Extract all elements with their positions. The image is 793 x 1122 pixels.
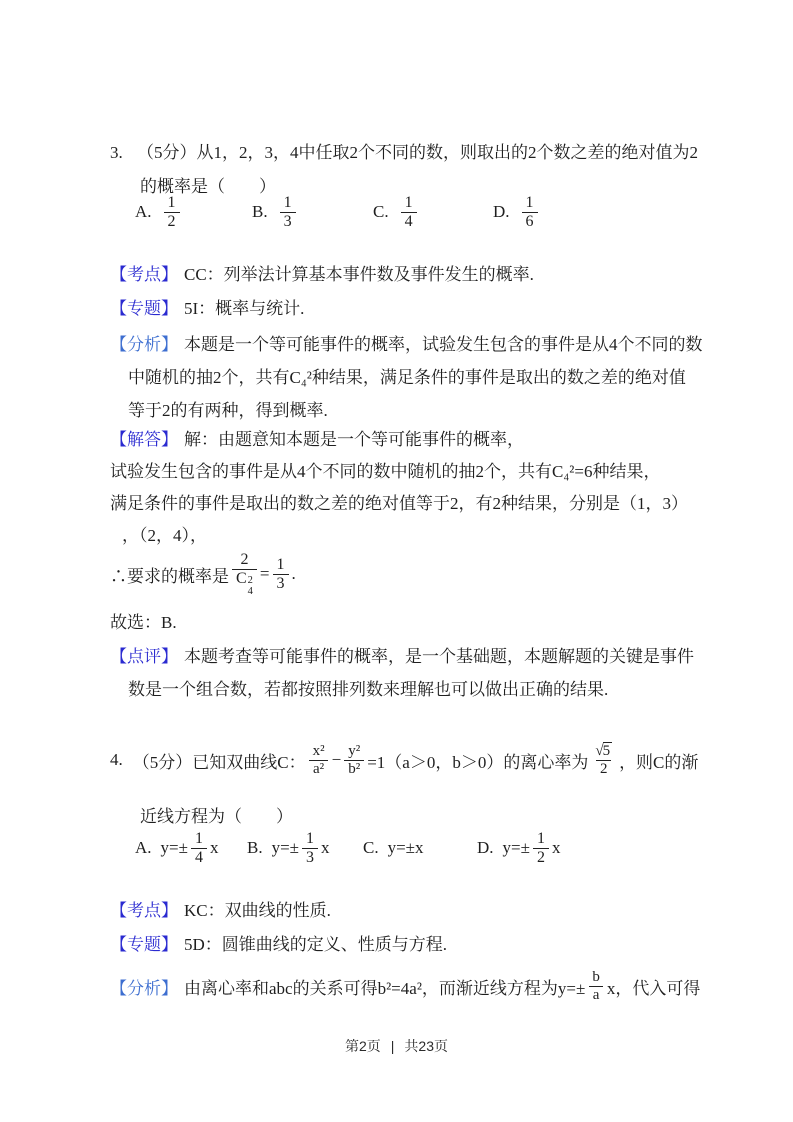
- jieda-line: 满足条件的事件是取出的数之差的绝对值等于2，有2种结果，分别是（1，3）: [110, 488, 688, 520]
- fraction-numerator: x²: [309, 743, 329, 760]
- fraction-denominator: 3: [273, 574, 289, 593]
- fraction-numerator: 1: [522, 194, 538, 212]
- question-number: 4.: [110, 750, 123, 770]
- fraction: 1 2: [533, 830, 549, 867]
- option-post: x: [552, 838, 561, 858]
- kaodian-tag: 【考点】: [110, 265, 178, 284]
- fraction-denominator: 4: [401, 212, 417, 231]
- formula-prefix: ∴要求的概率是: [110, 562, 229, 587]
- option-pre: y=±: [161, 838, 188, 858]
- fenxi-line: 等于2的有两种，得到概率.: [110, 394, 703, 427]
- fraction: 1 3: [273, 556, 289, 593]
- q4-option-a: A. y=± 1 4 x: [135, 830, 247, 867]
- fraction: b a: [588, 969, 604, 1004]
- fraction-denominator: 2: [596, 760, 612, 778]
- q4-option-d: D. y=± 1 2 x: [477, 830, 560, 867]
- q3-zhuanti-section: 【专题】5I：概率与统计.: [110, 294, 304, 319]
- option-label: B.: [247, 838, 263, 858]
- question-stem-text: （5分）已知双曲线C：: [133, 748, 306, 773]
- fraction-numerator: 1: [191, 830, 207, 848]
- fenxi-tag: 【分析】: [110, 335, 178, 354]
- fraction-denominator: 6: [522, 212, 538, 231]
- option-pre: y=±: [272, 838, 299, 858]
- jieda-text: 解：由题意知本题是一个等可能事件的概率，: [184, 430, 524, 449]
- dianping-tag: 【点评】: [110, 647, 178, 666]
- fraction-numerator: 1: [164, 194, 180, 212]
- option-label: D.: [493, 202, 510, 222]
- jieda-line: 【解答】解：由题意知本题是一个等可能事件的概率，: [110, 424, 688, 456]
- q4-option-c: C. y=±x: [363, 838, 477, 858]
- q3-jieda-section: 【解答】解：由题意知本题是一个等可能事件的概率， 试验发生包含的事件是从4个不同…: [110, 424, 688, 552]
- fraction-denominator: a: [589, 986, 604, 1004]
- q3-probability-formula: ∴要求的概率是 2 C24 = 1 3 .: [110, 546, 296, 602]
- zhuanti-tag: 【专题】: [110, 299, 178, 318]
- fenxi-line: 中随机的抽2个，共有C₄²种结果，满足条件的事件是取出的数之差的绝对值: [110, 361, 703, 394]
- fraction-numerator: 1: [273, 556, 289, 574]
- zhuanti-text: 5D：圆锥曲线的定义、性质与方程.: [184, 935, 447, 954]
- q3-answer-choice: 故选：B.: [110, 608, 177, 633]
- q3-option-d: D. 1 6: [493, 194, 541, 231]
- fenxi-text: 本题是一个等可能事件的概率，试验发生包含的事件是从4个不同的数: [184, 335, 703, 354]
- fraction: 1 4: [401, 194, 417, 231]
- fraction-numerator: 1: [401, 194, 417, 212]
- combination-subscript: 4: [248, 586, 253, 597]
- fraction-denominator: a²: [309, 760, 328, 778]
- fraction-denominator: 2: [164, 212, 180, 231]
- fraction-denominator: b²: [344, 760, 364, 778]
- option-label: B.: [252, 202, 268, 222]
- fraction: 2 C24: [232, 551, 257, 597]
- q4-option-b: B. y=± 1 3 x: [247, 830, 363, 867]
- fraction-numerator: √5: [591, 743, 616, 760]
- zhuanti-tag: 【专题】: [110, 935, 178, 954]
- document-page: 3. （5分）从1，2，3，4中任取2个不同的数，则取出的2个数之差的绝对值为2…: [0, 0, 793, 1122]
- option-post: x: [210, 838, 219, 858]
- sqrt-fraction: √5 2: [591, 743, 616, 778]
- fraction-denominator: C24: [232, 569, 257, 597]
- fraction-numerator: 2: [236, 551, 252, 569]
- option-label: A.: [135, 838, 152, 858]
- fraction: 1 4: [191, 830, 207, 867]
- page-footer: 第2页|共23页: [0, 1036, 793, 1056]
- question-4-stem: 4. （5分）已知双曲线C： x² a² − y² b² =1（a＞0，b＞0）…: [110, 728, 710, 834]
- option-pre: y=±: [503, 838, 530, 858]
- fraction: 1 2: [164, 194, 180, 231]
- radicand: 5: [603, 742, 613, 759]
- dianping-line: 【点评】本题考查等可能事件的概率，是一个基础题，本题解题的关键是事件: [110, 640, 694, 673]
- jieda-line: 试验发生包含的事件是从4个不同的数中随机的抽2个，共有C₄²=6种结果，: [110, 456, 688, 488]
- fraction-numerator: 1: [280, 194, 296, 212]
- fraction-denominator: 2: [533, 848, 549, 867]
- q3-option-b: B. 1 3: [252, 194, 373, 231]
- jieda-tag: 【解答】: [110, 430, 178, 449]
- fraction-numerator: 1: [533, 830, 549, 848]
- fraction-denominator: 4: [191, 848, 207, 867]
- q4-options-row: A. y=± 1 4 x B. y=± 1 3 x C. y=±x D. y=±: [135, 824, 560, 872]
- fenxi-text: 由离心率和abc的关系可得b²=4a²，而渐近线方程为y=±: [184, 974, 585, 999]
- dianping-line: 数是一个组合数，若都按照排列数来理解也可以做出正确的结果.: [110, 673, 694, 706]
- fraction: 1 3: [280, 194, 296, 231]
- fraction-denominator: 3: [302, 848, 318, 867]
- option-label: D.: [477, 838, 494, 858]
- fraction-denominator: 3: [280, 212, 296, 231]
- q3-option-c: C. 1 4: [373, 194, 493, 231]
- q4-zhuanti-section: 【专题】5D：圆锥曲线的定义、性质与方程.: [110, 930, 447, 955]
- combination-supsub: 24: [248, 575, 253, 597]
- q3-option-a: A. 1 2: [135, 194, 252, 231]
- footer-total-pages: 共23页: [404, 1038, 448, 1054]
- option-label: C.: [373, 202, 389, 222]
- option-post: x: [321, 838, 330, 858]
- zhuanti-text: 5I：概率与统计.: [184, 299, 304, 318]
- equals-sign: =: [260, 564, 270, 584]
- kaodian-text: KC：双曲线的性质.: [184, 901, 331, 920]
- question-stem-text: （5分）从1，2，3，4中任取2个不同的数，则取出的2个数之差的绝对值为2: [137, 143, 698, 162]
- fraction: x² a²: [309, 743, 329, 778]
- fraction: y² b²: [344, 743, 364, 778]
- minus-sign: −: [332, 750, 342, 770]
- option-text: y=±x: [388, 838, 424, 858]
- fenxi-text: x，代入可得: [607, 974, 701, 999]
- q3-kaodian-section: 【考点】CC：列举法计算基本事件数及事件发生的概率.: [110, 260, 534, 285]
- dianping-text: 本题考查等可能事件的概率，是一个基础题，本题解题的关键是事件: [184, 647, 694, 666]
- question-stem-line: 3. （5分）从1，2，3，4中任取2个不同的数，则取出的2个数之差的绝对值为2: [110, 136, 700, 170]
- question-stem-line: 4. （5分）已知双曲线C： x² a² − y² b² =1（a＞0，b＞0）…: [110, 728, 710, 792]
- question-stem-text: ，则C的渐: [619, 748, 698, 773]
- question-number: 3.: [110, 136, 123, 170]
- fraction-numerator: 1: [302, 830, 318, 848]
- fenxi-tag: 【分析】: [110, 974, 178, 999]
- fraction-numerator: b: [588, 969, 604, 986]
- q3-options-row: A. 1 2 B. 1 3 C. 1 4 D. 1 6: [135, 188, 541, 236]
- combination-superscript: 2: [248, 575, 253, 586]
- kaodian-tag: 【考点】: [110, 901, 178, 920]
- option-label: A.: [135, 202, 152, 222]
- fraction: 1 3: [302, 830, 318, 867]
- q3-dianping-section: 【点评】本题考查等可能事件的概率，是一个基础题，本题解题的关键是事件 数是一个组…: [110, 640, 694, 706]
- kaodian-text: CC：列举法计算基本事件数及事件发生的概率.: [184, 265, 534, 284]
- q4-fenxi-section: 【分析】 由离心率和abc的关系可得b²=4a²，而渐近线方程为y=± b a …: [110, 960, 700, 1012]
- fraction-numerator: y²: [344, 743, 364, 760]
- question-stem-text: =1（a＞0，b＞0）的离心率为: [367, 748, 588, 773]
- fraction: 1 6: [522, 194, 538, 231]
- footer-page-number: 第2页: [345, 1038, 381, 1054]
- fenxi-line: 【分析】本题是一个等可能事件的概率，试验发生包含的事件是从4个不同的数: [110, 328, 703, 361]
- q3-fenxi-section: 【分析】本题是一个等可能事件的概率，试验发生包含的事件是从4个不同的数 中随机的…: [110, 328, 703, 427]
- formula-suffix: .: [292, 564, 296, 584]
- footer-separator: |: [391, 1038, 395, 1054]
- option-label: C.: [363, 838, 379, 858]
- q4-kaodian-section: 【考点】KC：双曲线的性质.: [110, 896, 331, 921]
- combination-base: C: [236, 570, 247, 587]
